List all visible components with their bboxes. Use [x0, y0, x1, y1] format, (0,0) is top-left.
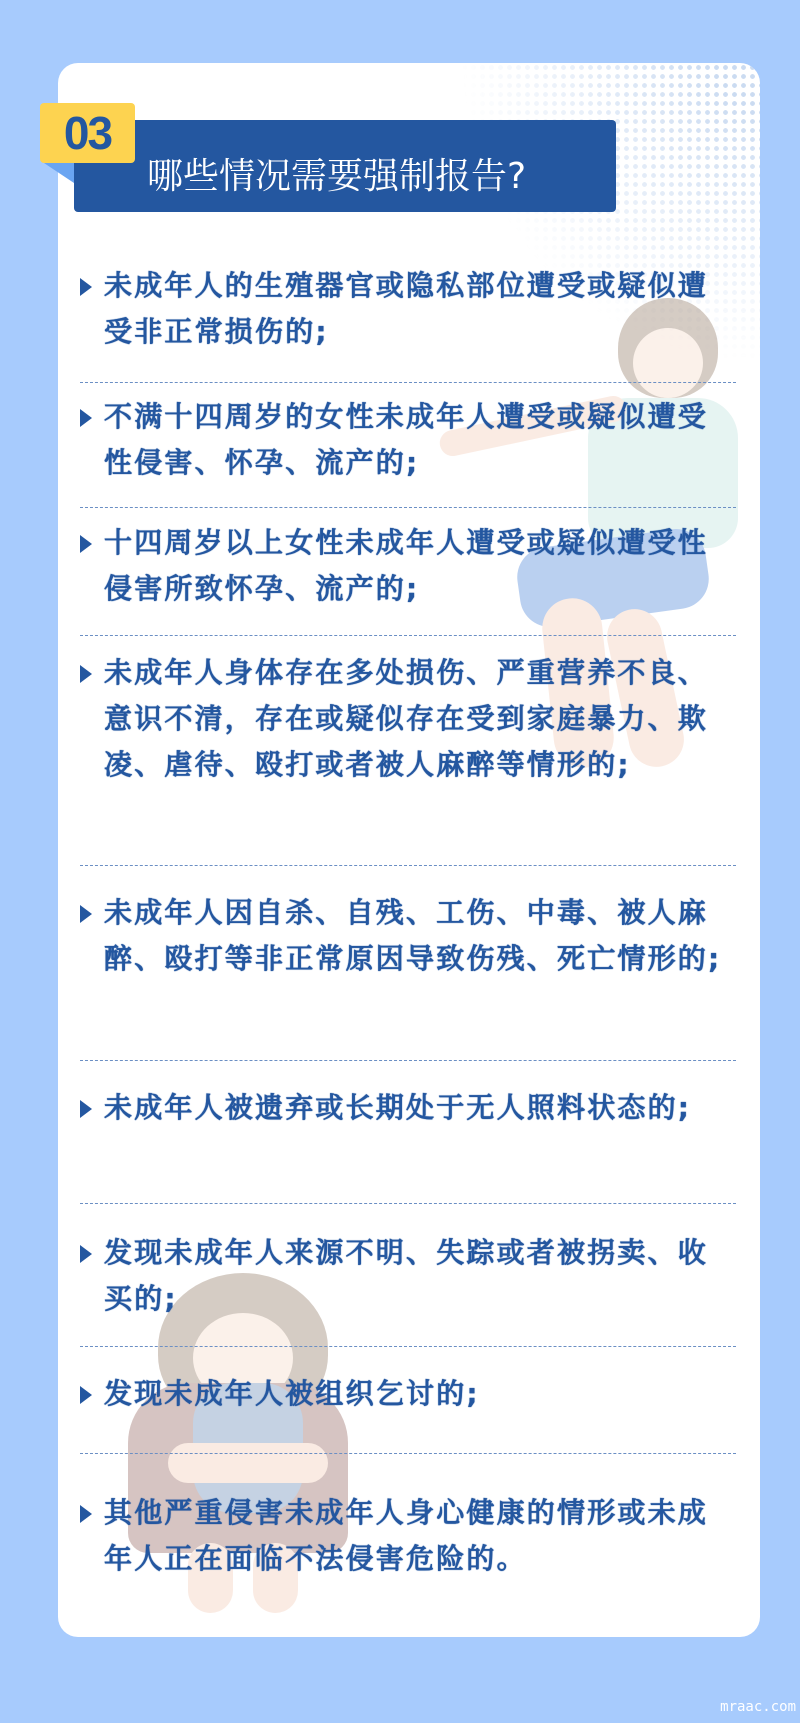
list-item-text: 未成年人被遗弃或长期处于无人照料状态的; [104, 1085, 738, 1131]
list-item: 未成年人被遗弃或长期处于无人照料状态的; [78, 1095, 738, 1131]
triangle-bullet-icon [80, 278, 92, 296]
triangle-bullet-icon [80, 1100, 92, 1118]
list-item: 未成年人的生殖器官或隐私部位遭受或疑似遭受非正常损伤的; [78, 273, 738, 355]
list-item: 发现未成年人被组织乞讨的; [78, 1381, 738, 1417]
triangle-bullet-icon [80, 905, 92, 923]
section-number-badge: 03 [40, 103, 135, 163]
watermark: mraac.com [720, 1699, 796, 1715]
dashed-divider [80, 507, 736, 508]
list-item: 其他严重侵害未成年人身心健康的情形或未成年人正在面临不法侵害危险的。 [78, 1500, 738, 1582]
list-item: 未成年人身体存在多处损伤、严重营养不良、意识不清，存在或疑似存在受到家庭暴力、欺… [78, 660, 738, 788]
triangle-bullet-icon [80, 665, 92, 683]
page-title: 哪些情况需要强制报告? [147, 148, 526, 199]
list-item-text: 未成年人因自杀、自残、工伤、中毒、被人麻醉、殴打等非正常原因导致伤残、死亡情形的… [104, 890, 738, 982]
dashed-divider [80, 382, 736, 383]
badge-fold-decoration [44, 163, 74, 183]
dashed-divider [80, 1203, 736, 1204]
list-item-text: 未成年人的生殖器官或隐私部位遭受或疑似遭受非正常损伤的; [104, 263, 738, 355]
dashed-divider [80, 865, 736, 866]
page-title-banner: 哪些情况需要强制报告? [74, 120, 616, 212]
list-item: 十四周岁以上女性未成年人遭受或疑似遭受性侵害所致怀孕、流产的; [78, 530, 738, 612]
list-item: 发现未成年人来源不明、失踪或者被拐卖、收买的; [78, 1240, 738, 1322]
dashed-divider [80, 635, 736, 636]
list-item-text: 不满十四周岁的女性未成年人遭受或疑似遭受性侵害、怀孕、流产的; [104, 394, 738, 486]
list-item-text: 其他严重侵害未成年人身心健康的情形或未成年人正在面临不法侵害危险的。 [104, 1490, 738, 1582]
triangle-bullet-icon [80, 1245, 92, 1263]
triangle-bullet-icon [80, 1386, 92, 1404]
list-item-text: 发现未成年人被组织乞讨的; [104, 1371, 738, 1417]
dashed-divider [80, 1453, 736, 1454]
dashed-divider [80, 1060, 736, 1061]
triangle-bullet-icon [80, 1505, 92, 1523]
list-item-text: 未成年人身体存在多处损伤、严重营养不良、意识不清，存在或疑似存在受到家庭暴力、欺… [104, 650, 738, 788]
list-item: 未成年人因自杀、自残、工伤、中毒、被人麻醉、殴打等非正常原因导致伤残、死亡情形的… [78, 900, 738, 982]
list-item-text: 十四周岁以上女性未成年人遭受或疑似遭受性侵害所致怀孕、流产的; [104, 520, 738, 612]
list-item-text: 发现未成年人来源不明、失踪或者被拐卖、收买的; [104, 1230, 738, 1322]
triangle-bullet-icon [80, 535, 92, 553]
dashed-divider [80, 1346, 736, 1347]
triangle-bullet-icon [80, 409, 92, 427]
list-item: 不满十四周岁的女性未成年人遭受或疑似遭受性侵害、怀孕、流产的; [78, 404, 738, 486]
